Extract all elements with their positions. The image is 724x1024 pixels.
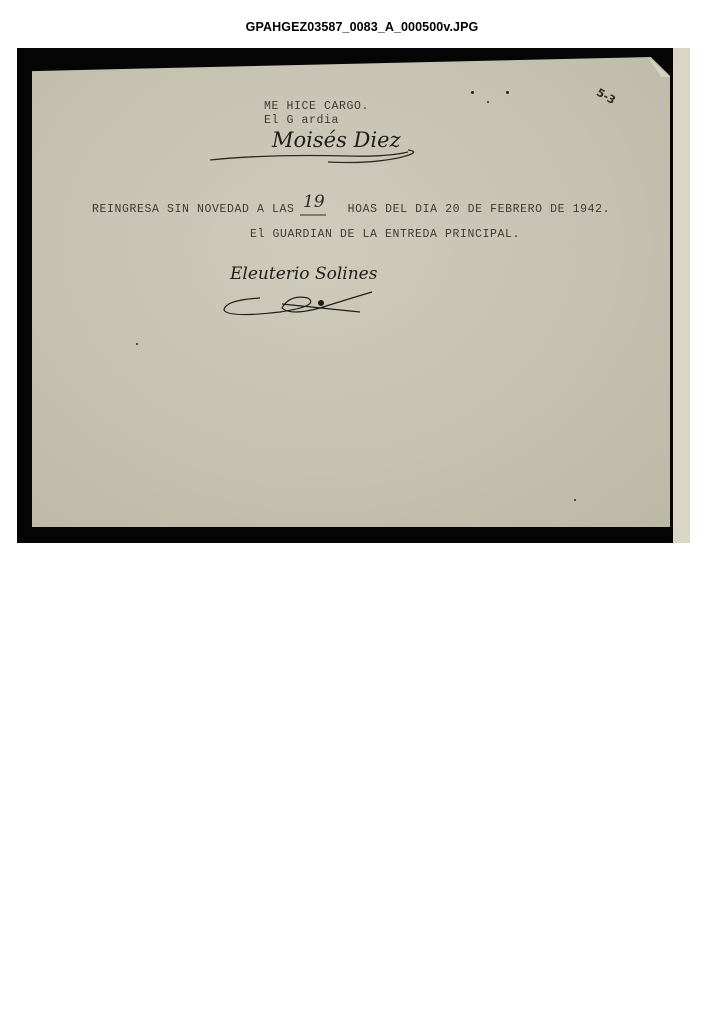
file-title: GPAHGEZ03587_0083_A_000500v.JPG — [0, 20, 724, 34]
ink-speck — [506, 91, 509, 94]
signature-flourish-1 — [208, 140, 438, 170]
reingresa-line: REINGRESA SIN NOVEDAD A LAS HOAS DEL DIA… — [92, 203, 610, 216]
ink-speck — [487, 101, 489, 103]
header-line-2: El G ardia — [264, 114, 339, 127]
handwritten-hour: 19 — [303, 192, 325, 212]
guardian-line: El GUARDIAN DE LA ENTREDA PRINCIPAL. — [250, 228, 520, 241]
ink-speck — [574, 499, 576, 501]
hour-underline — [300, 213, 328, 217]
signature-eleuterio-solines: Eleuterio Solines — [230, 264, 377, 284]
header-line-1: ME HICE CARGO. — [264, 100, 369, 113]
signature-flourish-2 — [220, 290, 380, 320]
ink-speck — [136, 343, 138, 345]
scan-edge-strip — [673, 48, 690, 543]
reingresa-prefix: REINGRESA SIN NOVEDAD A LAS — [92, 203, 295, 216]
reingresa-suffix: HOAS DEL DIA 20 DE FEBRERO DE 1942. — [348, 203, 611, 216]
ink-speck — [471, 91, 474, 94]
